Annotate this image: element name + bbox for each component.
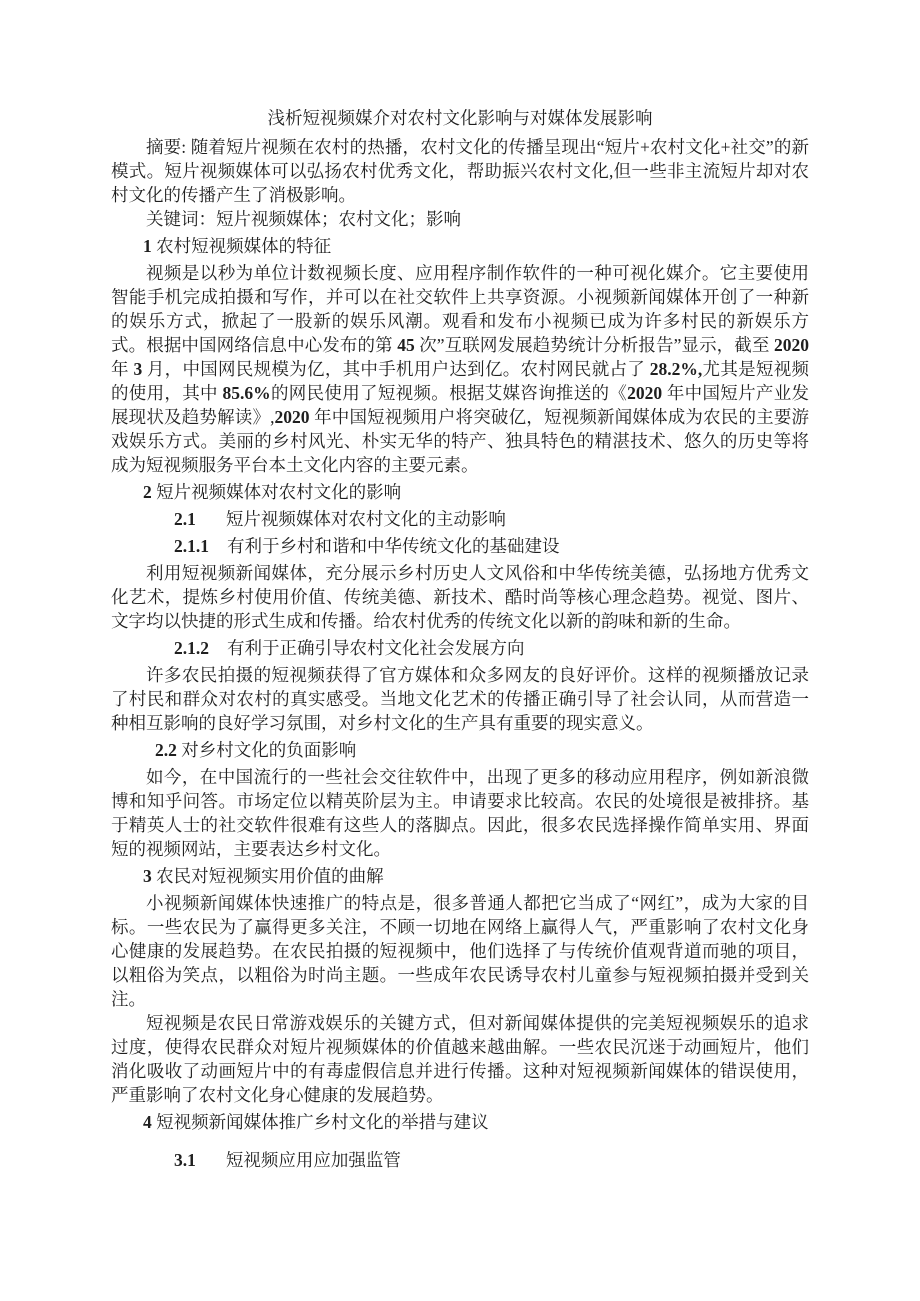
bold-text-run: 3 (133, 359, 142, 379)
section-heading: 2.1短片视频媒体对农村文化的主动影响 (111, 507, 809, 531)
text-run: 短片视频媒体对农村文化的影响 (152, 482, 401, 502)
text-run: 如今，在中国流行的一些社会交往软件中，出现了更多的移动应用程序，例如新浪微博和知… (111, 767, 809, 859)
section-heading: 2 短片视频媒体对农村文化的影响 (111, 480, 809, 504)
bold-text-run: 4 (143, 1112, 152, 1132)
bold-text-run: 2020 (275, 407, 310, 427)
text-run: 短视频新闻媒体推广乡村文化的举措与建议 (152, 1112, 489, 1132)
paragraph: 关键词：短片视频媒体；农村文化；影响 (111, 207, 809, 231)
bold-text-run: 2.1 (174, 509, 196, 529)
section-heading: 3.1短视频应用应加强监管 (111, 1148, 809, 1172)
paragraph: 利用短视频新闻媒体，充分展示乡村历史人文风俗和中华传统美德，弘扬地方优秀文化艺术… (111, 561, 809, 633)
text-run: 许多农民拍摄的短视频获得了官方媒体和众多网友的良好评价。这样的视频播放记录了村民… (111, 665, 809, 733)
text-run: 短片视频媒体对农村文化的主动影响 (226, 509, 506, 529)
bold-text-run: 2020 (774, 335, 809, 355)
paragraph: 小视频新闻媒体快速推广的特点是，很多普通人都把它当成了“网红”，成为大家的目标。… (111, 891, 809, 1011)
document-body: 摘要: 随着短片视频在农村的热播，农村文化的传播呈现出“短片+农村文化+社交”的… (111, 135, 809, 1172)
text-run: 次”互联网发展趋势统计分析报告”显示，截至 (415, 335, 774, 355)
bold-text-run: 45 (397, 335, 415, 355)
text-run: 月，中国网民规模为亿，其中手机用户达到亿。农村网民就占了 (142, 359, 650, 379)
text-run: 的网民使用了短视频。根据艾媒咨询推送的《 (271, 383, 628, 403)
section-heading: 1 农村短视频媒体的特征 (111, 234, 809, 258)
section-heading: 3 农民对短视频实用价值的曲解 (111, 864, 809, 888)
bold-text-run: 2.2 (155, 740, 177, 760)
bold-text-run: 3 (143, 866, 152, 886)
bold-text-run: 2.1.1 (174, 536, 209, 556)
text-run: 农民对短视频实用价值的曲解 (152, 866, 384, 886)
document-title: 浅析短视频媒介对农村文化影响与对媒体发展影响 (111, 106, 809, 130)
bold-text-run: 28.2%, (650, 359, 703, 379)
bold-text-run: 85.6% (223, 383, 271, 403)
paragraph: 短视频是农民日常游戏娱乐的关键方式，但对新闻媒体提供的完美短视频娱乐的追求过度，… (111, 1011, 809, 1107)
text-run: 摘要: 随着短片视频在农村的热播，农村文化的传播呈现出“短片+农村文化+社交”的… (111, 137, 809, 205)
paragraph: 许多农民拍摄的短视频获得了官方媒体和众多网友的良好评价。这样的视频播放记录了村民… (111, 663, 809, 735)
paragraph: 摘要: 随着短片视频在农村的热播，农村文化的传播呈现出“短片+农村文化+社交”的… (111, 135, 809, 207)
paragraph: 视频是以秒为单位计数视频长度、应用程序制作软件的一种可视化媒介。它主要使用智能手… (111, 261, 809, 477)
paragraph: 如今，在中国流行的一些社会交往软件中，出现了更多的移动应用程序，例如新浪微博和知… (111, 765, 809, 861)
bold-text-run: 1 (143, 236, 152, 256)
text-run: 年 (111, 359, 133, 379)
text-run: 有利于乡村和谐和中华传统文化的基础建设 (227, 536, 560, 556)
text-run: 短视频应用应加强监管 (226, 1150, 401, 1170)
text-run: 农村短视频媒体的特征 (152, 236, 331, 256)
text-run: 小视频新闻媒体快速推广的特点是，很多普通人都把它当成了“网红”，成为大家的目标。… (111, 893, 809, 1009)
bold-text-run: 2.1.2 (174, 638, 209, 658)
text-run: 对乡村文化的负面影响 (177, 740, 356, 760)
text-run: 短视频是农民日常游戏娱乐的关键方式，但对新闻媒体提供的完美短视频娱乐的追求过度，… (111, 1013, 809, 1105)
document-page: 浅析短视频媒介对农村文化影响与对媒体发展影响 摘要: 随着短片视频在农村的热播，… (0, 0, 920, 1301)
section-heading: 2.1.2有利于正确引导农村文化社会发展方向 (111, 636, 809, 660)
text-run: 有利于正确引导农村文化社会发展方向 (227, 638, 525, 658)
text-run: 利用短视频新闻媒体，充分展示乡村历史人文风俗和中华传统美德，弘扬地方优秀文化艺术… (111, 563, 809, 631)
bold-text-run: 2020 (627, 383, 662, 403)
bold-text-run: 2 (143, 482, 152, 502)
section-heading: 2.1.1有利于乡村和谐和中华传统文化的基础建设 (111, 534, 809, 558)
section-heading: 2.2 对乡村文化的负面影响 (111, 738, 809, 762)
bold-text-run: 3.1 (174, 1150, 196, 1170)
text-run: 关键词：短片视频媒体；农村文化；影响 (146, 209, 461, 229)
section-heading: 4 短视频新闻媒体推广乡村文化的举措与建议 (111, 1110, 809, 1134)
